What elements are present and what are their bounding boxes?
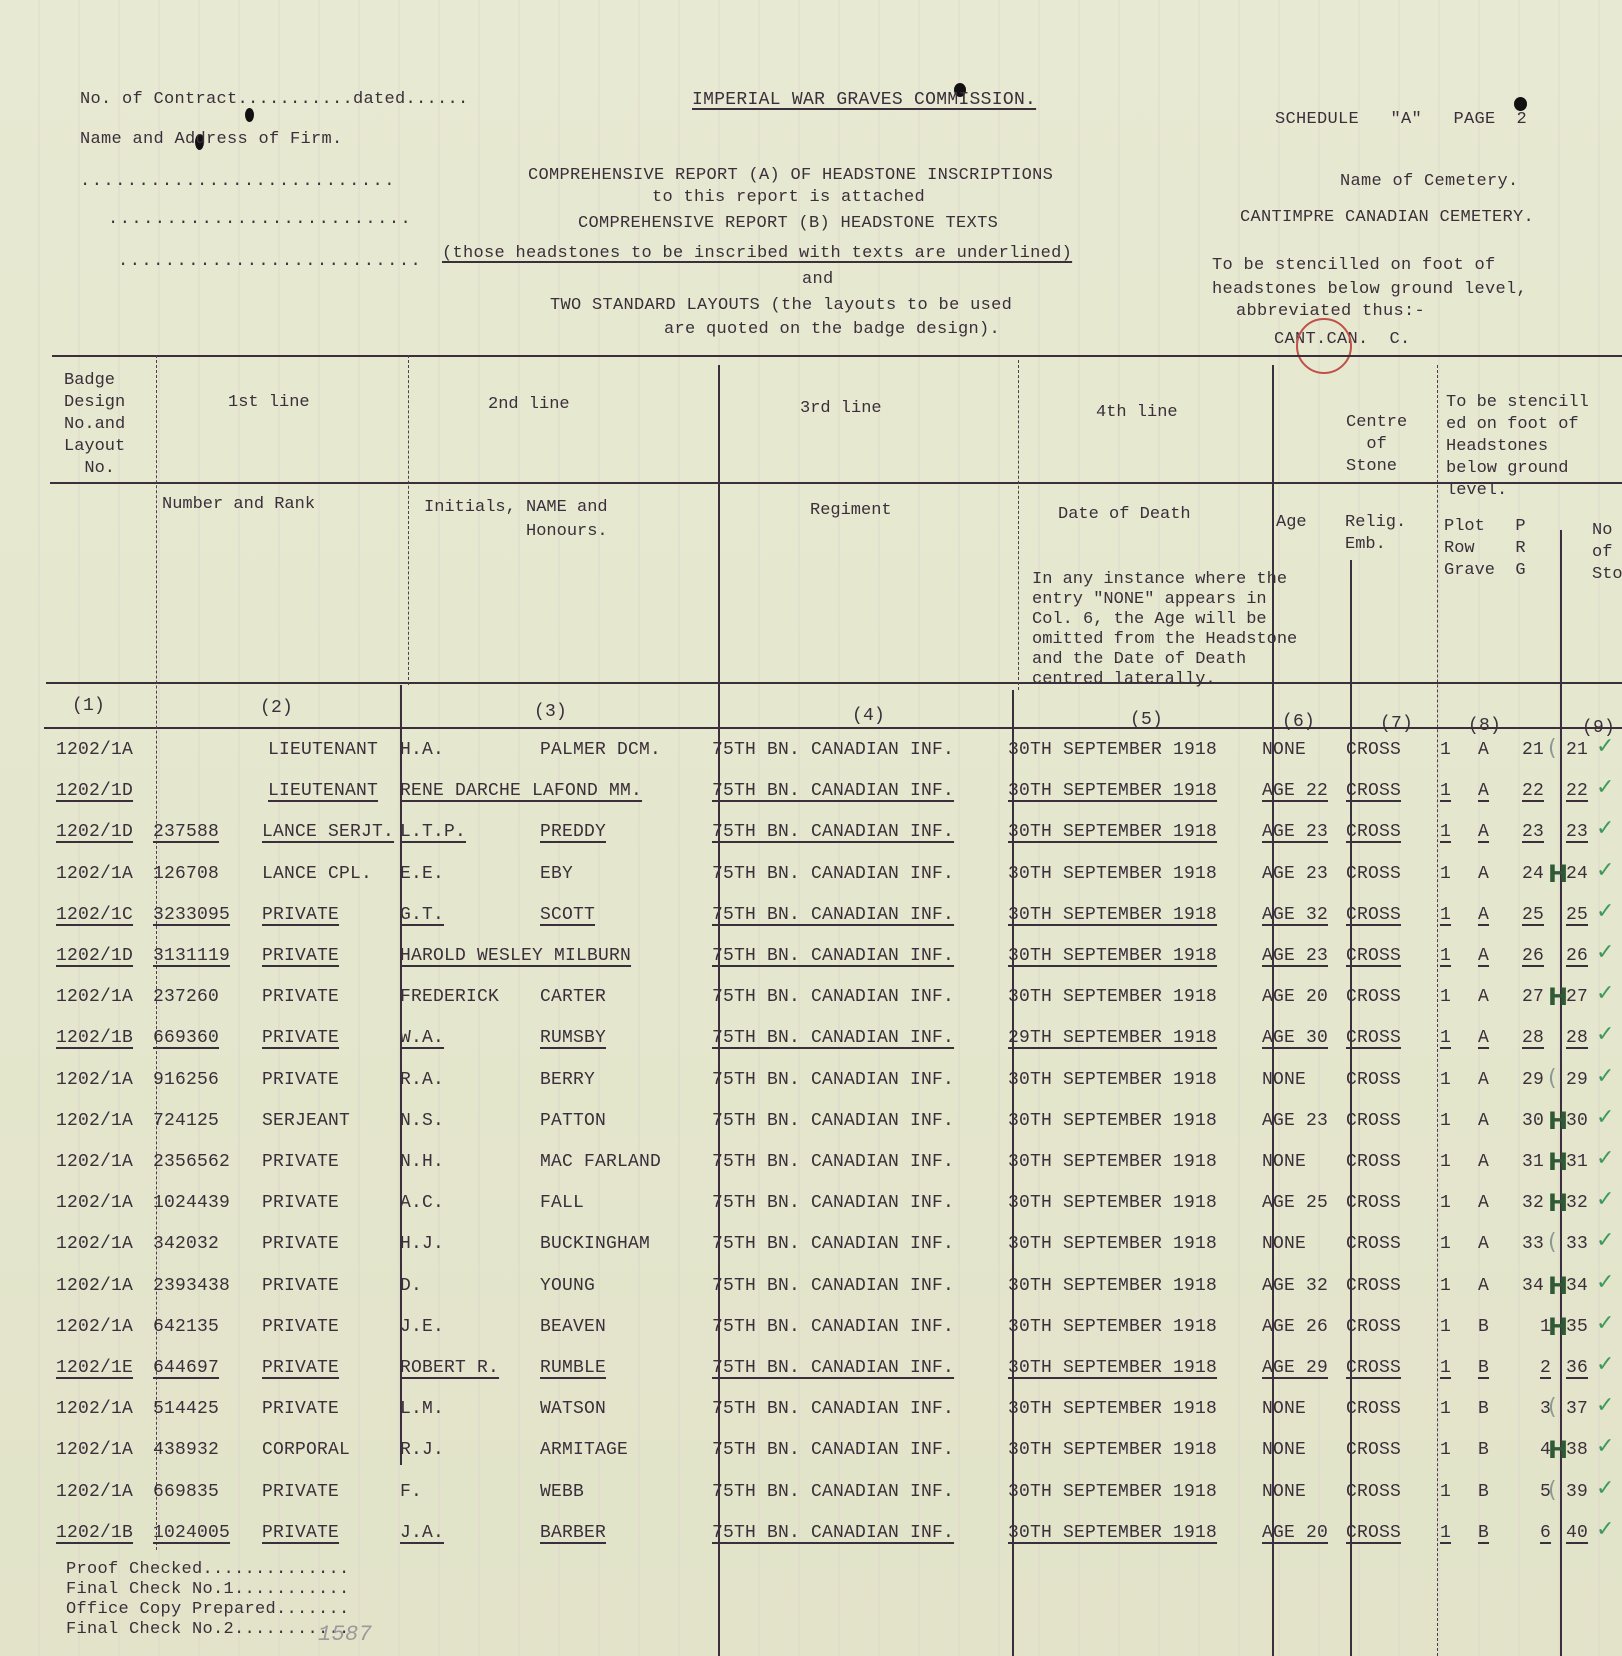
service-number: 724125 [153, 1111, 219, 1131]
rank: PRIVATE [262, 1152, 339, 1172]
religious-emblem: CROSS [1346, 1070, 1401, 1090]
plot: 1 [1440, 864, 1451, 884]
service-number: 3233095 [153, 905, 230, 925]
surname-honours: RUMBLE [540, 1358, 606, 1378]
date-of-death: 30TH SEPTEMBER 1918 [1008, 946, 1217, 966]
badge-design: 1202/1A [56, 864, 133, 884]
badge-design: 1202/1E [56, 1358, 133, 1378]
check-mark-icon: ✓ [1596, 1064, 1614, 1089]
col1-header: Badge Design No.and Layout No. [64, 370, 125, 480]
check-mark-icon: ✓ [1596, 1022, 1614, 1047]
stone-number: 26 [1566, 946, 1588, 966]
proof-checked: Proof Checked.............. [66, 1560, 350, 1579]
report-a-attached: to this report is attached [652, 188, 925, 207]
row: A [1478, 1276, 1489, 1296]
regiment: 75TH BN. CANADIAN INF. [712, 1440, 954, 1460]
age: AGE 25 [1262, 1193, 1328, 1213]
religious-emblem: CROSS [1346, 987, 1401, 1007]
col-number-2: (2) [260, 698, 293, 718]
firm-dots-3: .......................... [118, 252, 422, 271]
stone-number: 29 [1566, 1070, 1588, 1090]
plot: 1 [1440, 946, 1451, 966]
service-number: 2356562 [153, 1152, 230, 1172]
badge-design: 1202/1C [56, 905, 133, 925]
check-mark-icon: ✓ [1596, 981, 1614, 1006]
initials: J.E. [400, 1317, 444, 1337]
regiment: 75TH BN. CANADIAN INF. [712, 1028, 954, 1048]
plot: 1 [1440, 1523, 1451, 1543]
col-divider [408, 355, 409, 685]
grave: 22 [1522, 781, 1544, 801]
row: A [1478, 740, 1489, 760]
grave: 29 [1522, 1070, 1544, 1090]
col2-header: 1st line [228, 392, 310, 414]
col4-header: 3rd line [800, 398, 882, 420]
surname-honours: PREDDY [540, 822, 606, 842]
age: NONE [1262, 740, 1306, 760]
pencil-mark-annotation: ( [1548, 1478, 1557, 1503]
col5-header: 4th line [1096, 402, 1178, 424]
row: A [1478, 946, 1489, 966]
service-number: 237260 [153, 987, 219, 1007]
row: A [1478, 1152, 1489, 1172]
service-number: 2393438 [153, 1276, 230, 1296]
rank: PRIVATE [262, 1482, 339, 1502]
ink-blot [245, 108, 254, 122]
check-mark-icon: ✓ [1596, 775, 1614, 800]
plot: 1 [1440, 1317, 1451, 1337]
row: A [1478, 1070, 1489, 1090]
age: AGE 32 [1262, 905, 1328, 925]
stone-number: 27 [1566, 987, 1588, 1007]
date-of-death: 30TH SEPTEMBER 1918 [1008, 1440, 1217, 1460]
surname-honours: PALMER DCM. [540, 740, 661, 760]
row: A [1478, 822, 1489, 842]
plot: 1 [1440, 822, 1451, 842]
surname-honours: MAC FARLAND [540, 1152, 661, 1172]
grave: 23 [1522, 822, 1544, 842]
religious-emblem: CROSS [1346, 905, 1401, 925]
initials: RENE DARCHE LAFOND MM. [400, 781, 642, 801]
surname-honours: EBY [540, 864, 573, 884]
regiment: 75TH BN. CANADIAN INF. [712, 864, 954, 884]
col3-header: 2nd line [488, 394, 570, 416]
religious-emblem: CROSS [1346, 740, 1401, 760]
surname-honours: FALL [540, 1193, 584, 1213]
col-number-3: (3) [534, 702, 567, 722]
badge-design: 1202/1A [56, 1399, 133, 1419]
rank: PRIVATE [262, 1523, 339, 1543]
religious-emblem: CROSS [1346, 1482, 1401, 1502]
cemetery-label: Name of Cemetery. [1340, 172, 1519, 191]
date-of-death: 30TH SEPTEMBER 1918 [1008, 822, 1217, 842]
initials: R.J. [400, 1440, 444, 1460]
col3-subheader: Initials, NAME and Honours. [424, 496, 608, 544]
service-number: 1024439 [153, 1193, 230, 1213]
age: NONE [1262, 1152, 1306, 1172]
h-mark-annotation: H [1548, 860, 1568, 888]
date-of-death: 29TH SEPTEMBER 1918 [1008, 1028, 1217, 1048]
surname-honours: SCOTT [540, 905, 595, 925]
badge-design: 1202/1B [56, 1028, 133, 1048]
service-number: 916256 [153, 1070, 219, 1090]
check-mark-icon: ✓ [1596, 1476, 1614, 1501]
check-mark-icon: ✓ [1596, 1228, 1614, 1253]
surname-honours: RUMSBY [540, 1028, 606, 1048]
date-of-death: 30TH SEPTEMBER 1918 [1008, 1152, 1217, 1172]
surname-honours: BARBER [540, 1523, 606, 1543]
plot: 1 [1440, 1234, 1451, 1254]
badge-design: 1202/1A [56, 1317, 133, 1337]
badge-design: 1202/1A [56, 1070, 133, 1090]
col-divider [1272, 365, 1274, 1656]
age: AGE 22 [1262, 781, 1328, 801]
initials: ROBERT R. [400, 1358, 499, 1378]
regiment: 75TH BN. CANADIAN INF. [712, 1399, 954, 1419]
surname-honours: BEAVEN [540, 1317, 606, 1337]
religious-emblem: CROSS [1346, 1523, 1401, 1543]
check-mark-icon: ✓ [1596, 1270, 1614, 1295]
stone-number: 30 [1566, 1111, 1588, 1131]
stone-number: 34 [1566, 1276, 1588, 1296]
badge-design: 1202/1D [56, 781, 133, 801]
stencil-line-2: headstones below ground level, [1212, 280, 1527, 299]
layouts-line-1: TWO STANDARD LAYOUTS (the layouts to be … [550, 296, 1012, 315]
age: NONE [1262, 1440, 1306, 1460]
rule-header-bottom [46, 682, 1622, 684]
check-mark-icon: ✓ [1596, 1105, 1614, 1130]
date-of-death: 30TH SEPTEMBER 1918 [1008, 1523, 1217, 1543]
h-mark-annotation: H [1548, 983, 1568, 1011]
col8-subheader: Plot P Row R Grave G [1444, 516, 1526, 582]
check-mark-icon: ✓ [1596, 816, 1614, 841]
rank: PRIVATE [262, 1070, 339, 1090]
check-mark-icon: ✓ [1596, 1352, 1614, 1377]
rank: PRIVATE [262, 905, 339, 925]
cemetery-name: CANTIMPRE CANADIAN CEMETERY. [1240, 208, 1534, 227]
regiment: 75TH BN. CANADIAN INF. [712, 1193, 954, 1213]
h-mark-annotation: H [1548, 1189, 1568, 1217]
col9-subheader: No of Stone [1592, 520, 1622, 586]
rank: LIEUTENANT [268, 781, 378, 801]
badge-design: 1202/1D [56, 946, 133, 966]
date-of-death: 30TH SEPTEMBER 1918 [1008, 1358, 1217, 1378]
surname-honours: WATSON [540, 1399, 606, 1419]
grave: 34 [1522, 1276, 1544, 1296]
regiment: 75TH BN. CANADIAN INF. [712, 740, 954, 760]
surname-honours: BUCKINGHAM [540, 1234, 650, 1254]
col-number-5: (5) [1130, 710, 1163, 730]
grave: 2 [1540, 1358, 1551, 1378]
rank: PRIVATE [262, 1358, 339, 1378]
col-number-1: (1) [72, 696, 105, 716]
underlined-note: (those headstones to be inscribed with t… [442, 244, 1072, 263]
h-mark-annotation: H [1548, 1313, 1568, 1341]
check-mark-icon: ✓ [1596, 734, 1614, 759]
col4-subheader: Regiment [810, 500, 892, 522]
document-title: IMPERIAL WAR GRAVES COMMISSION. [692, 90, 1036, 110]
date-of-death: 30TH SEPTEMBER 1918 [1008, 1276, 1217, 1296]
religious-emblem: CROSS [1346, 1317, 1401, 1337]
col6-subheader: Age [1276, 512, 1307, 534]
rank: LANCE SERJT. [262, 822, 394, 842]
row: B [1478, 1440, 1489, 1460]
date-of-death: 30TH SEPTEMBER 1918 [1008, 1234, 1217, 1254]
check-mark-icon: ✓ [1596, 899, 1614, 924]
rank: PRIVATE [262, 1317, 339, 1337]
regiment: 75TH BN. CANADIAN INF. [712, 905, 954, 925]
check-mark-icon: ✓ [1596, 1311, 1614, 1336]
service-number: 1024005 [153, 1523, 230, 1543]
rank: PRIVATE [262, 1276, 339, 1296]
rule-top [52, 355, 1622, 357]
pencil-mark-annotation: ( [1548, 1230, 1557, 1255]
religious-emblem: CROSS [1346, 1276, 1401, 1296]
plot: 1 [1440, 1193, 1451, 1213]
final-check-2: Final Check No.2........... [66, 1620, 350, 1639]
age: NONE [1262, 1399, 1306, 1419]
plot: 1 [1440, 1276, 1451, 1296]
regiment: 75TH BN. CANADIAN INF. [712, 822, 954, 842]
age: AGE 23 [1262, 1111, 1328, 1131]
regiment: 75TH BN. CANADIAN INF. [712, 1482, 954, 1502]
plot: 1 [1440, 1152, 1451, 1172]
rank: PRIVATE [262, 946, 339, 966]
grave: 31 [1522, 1152, 1544, 1172]
age: AGE 30 [1262, 1028, 1328, 1048]
badge-design: 1202/1A [56, 1482, 133, 1502]
regiment: 75TH BN. CANADIAN INF. [712, 781, 954, 801]
row: B [1478, 1399, 1489, 1419]
age: AGE 29 [1262, 1358, 1328, 1378]
badge-design: 1202/1A [56, 1152, 133, 1172]
badge-design: 1202/1A [56, 987, 133, 1007]
religious-emblem: CROSS [1346, 1358, 1401, 1378]
initials: D. [400, 1276, 422, 1296]
grave: 30 [1522, 1111, 1544, 1131]
stone-number: 32 [1566, 1193, 1588, 1213]
age: AGE 20 [1262, 987, 1328, 1007]
plot: 1 [1440, 1028, 1451, 1048]
col2-subheader: Number and Rank [162, 494, 315, 516]
regiment: 75TH BN. CANADIAN INF. [712, 1358, 954, 1378]
age: AGE 23 [1262, 946, 1328, 966]
religious-emblem: CROSS [1346, 822, 1401, 842]
age: AGE 23 [1262, 864, 1328, 884]
col-divider [718, 365, 720, 1656]
h-mark-annotation: H [1548, 1107, 1568, 1135]
age: AGE 32 [1262, 1276, 1328, 1296]
rank: CORPORAL [262, 1440, 350, 1460]
regiment: 75TH BN. CANADIAN INF. [712, 1276, 954, 1296]
regiment: 75TH BN. CANADIAN INF. [712, 1523, 954, 1543]
religious-emblem: CROSS [1346, 1234, 1401, 1254]
and-text: and [802, 270, 834, 289]
stone-number: 22 [1566, 781, 1588, 801]
check-mark-icon: ✓ [1596, 1187, 1614, 1212]
plot: 1 [1440, 1111, 1451, 1131]
col-number-4: (4) [852, 706, 885, 726]
col-number-6: (6) [1282, 712, 1315, 732]
date-of-death: 30TH SEPTEMBER 1918 [1008, 1193, 1217, 1213]
stone-number: 36 [1566, 1358, 1588, 1378]
service-number: 514425 [153, 1399, 219, 1419]
h-mark-annotation: H [1548, 1148, 1568, 1176]
date-of-death: 30TH SEPTEMBER 1918 [1008, 1399, 1217, 1419]
badge-design: 1202/1A [56, 1234, 133, 1254]
surname-honours: YOUNG [540, 1276, 595, 1296]
check-mark-icon: ✓ [1596, 858, 1614, 883]
service-number: 3131119 [153, 946, 230, 966]
stone-number: 25 [1566, 905, 1588, 925]
ink-blot [1514, 97, 1527, 111]
schedule-page: SCHEDULE "A" PAGE 2 [1275, 110, 1527, 129]
badge-design: 1202/1D [56, 822, 133, 842]
surname-honours: BERRY [540, 1070, 595, 1090]
col7-header: Centre of Stone [1346, 412, 1407, 478]
religious-emblem: CROSS [1346, 1399, 1401, 1419]
col-number-7: (7) [1380, 714, 1413, 734]
religious-emblem: CROSS [1346, 1028, 1401, 1048]
regiment: 75TH BN. CANADIAN INF. [712, 987, 954, 1007]
religious-emblem: CROSS [1346, 781, 1401, 801]
firm-dots-2: .......................... [108, 210, 412, 229]
date-of-death: 30TH SEPTEMBER 1918 [1008, 781, 1217, 801]
red-circle-annotation [1296, 318, 1352, 374]
surname-honours: PATTON [540, 1111, 606, 1131]
religious-emblem: CROSS [1346, 1152, 1401, 1172]
initials: H.J. [400, 1234, 444, 1254]
col5-subheader: Date of Death [1058, 504, 1191, 526]
pencil-mark-annotation: ( [1548, 1395, 1557, 1420]
service-number: 126708 [153, 864, 219, 884]
initials: A.C. [400, 1193, 444, 1213]
grave: 32 [1522, 1193, 1544, 1213]
pencil-mark-annotation: ( [1548, 736, 1557, 761]
row: A [1478, 1193, 1489, 1213]
plot: 1 [1440, 1482, 1451, 1502]
regiment: 75TH BN. CANADIAN INF. [712, 946, 954, 966]
grave: 24 [1522, 864, 1544, 884]
initials: N.S. [400, 1111, 444, 1131]
plot: 1 [1440, 905, 1451, 925]
initials: HAROLD WESLEY MILBURN [400, 946, 631, 966]
h-mark-annotation: H [1548, 1272, 1568, 1300]
plot: 1 [1440, 1070, 1451, 1090]
badge-design: 1202/1A [56, 740, 133, 760]
regiment: 75TH BN. CANADIAN INF. [712, 1152, 954, 1172]
rank: LANCE CPL. [262, 864, 372, 884]
initials: G.T. [400, 905, 444, 925]
col-number-8: (8) [1468, 716, 1501, 736]
age: AGE 26 [1262, 1317, 1328, 1337]
row: A [1478, 1111, 1489, 1131]
rank: PRIVATE [262, 1028, 339, 1048]
stone-number: 38 [1566, 1440, 1588, 1460]
office-copy: Office Copy Prepared....... [66, 1600, 350, 1619]
stone-number: 33 [1566, 1234, 1588, 1254]
date-of-death: 30TH SEPTEMBER 1918 [1008, 1111, 1217, 1131]
firm-dots-1: ........................... [80, 172, 396, 191]
pencil-annotation: 1587 [318, 1622, 372, 1647]
row: A [1478, 1234, 1489, 1254]
initials: J.A. [400, 1523, 444, 1543]
contract-line: No. of Contract...........dated...... [80, 90, 469, 109]
surname-honours: ARMITAGE [540, 1440, 628, 1460]
religious-emblem: CROSS [1346, 946, 1401, 966]
surname-honours: WEBB [540, 1482, 584, 1502]
rank: PRIVATE [262, 1193, 339, 1213]
check-mark-icon: ✓ [1596, 1146, 1614, 1171]
regiment: 75TH BN. CANADIAN INF. [712, 1111, 954, 1131]
date-of-death: 30TH SEPTEMBER 1918 [1008, 987, 1217, 1007]
plot: 1 [1440, 1358, 1451, 1378]
grave: 33 [1522, 1234, 1544, 1254]
initials: F. [400, 1482, 422, 1502]
initials: H.A. [400, 740, 444, 760]
stone-number: 39 [1566, 1482, 1588, 1502]
initials: E.E. [400, 864, 444, 884]
service-number: 342032 [153, 1234, 219, 1254]
badge-design: 1202/1B [56, 1523, 133, 1543]
stone-number: 40 [1566, 1523, 1588, 1543]
date-of-death: 30TH SEPTEMBER 1918 [1008, 905, 1217, 925]
regiment: 75TH BN. CANADIAN INF. [712, 1317, 954, 1337]
rank: PRIVATE [262, 1234, 339, 1254]
row: A [1478, 987, 1489, 1007]
badge-design: 1202/1A [56, 1440, 133, 1460]
service-number: 669835 [153, 1482, 219, 1502]
row: B [1478, 1358, 1489, 1378]
service-number: 669360 [153, 1028, 219, 1048]
stencil-line-1: To be stencilled on foot of [1212, 256, 1496, 275]
age-omission-note: In any instance where the entry "NONE" a… [1032, 570, 1297, 690]
plot: 1 [1440, 987, 1451, 1007]
surname-honours: CARTER [540, 987, 606, 1007]
date-of-death: 30TH SEPTEMBER 1918 [1008, 1070, 1217, 1090]
religious-emblem: CROSS [1346, 1440, 1401, 1460]
col8-header: To be stencill ed on foot of Headstones … [1446, 392, 1589, 502]
grave: 27 [1522, 987, 1544, 1007]
initials: FREDERICK [400, 987, 499, 1007]
stone-number: 35 [1566, 1317, 1588, 1337]
col-divider [1437, 365, 1438, 1656]
pencil-mark-annotation: ( [1548, 1066, 1557, 1091]
layouts-line-2: are quoted on the badge design). [664, 320, 1000, 339]
rank: SERJEANT [262, 1111, 350, 1131]
firm-line: Name and Address of Firm. [80, 130, 343, 149]
initials: R.A. [400, 1070, 444, 1090]
age: AGE 23 [1262, 822, 1328, 842]
rank: LIEUTENANT [268, 740, 378, 760]
grave: 26 [1522, 946, 1544, 966]
service-number: 438932 [153, 1440, 219, 1460]
date-of-death: 30TH SEPTEMBER 1918 [1008, 1482, 1217, 1502]
service-number: 644697 [153, 1358, 219, 1378]
plot: 1 [1440, 740, 1451, 760]
age: AGE 20 [1262, 1523, 1328, 1543]
badge-design: 1202/1A [56, 1193, 133, 1213]
grave: 25 [1522, 905, 1544, 925]
initials: W.A. [400, 1028, 444, 1048]
age: NONE [1262, 1482, 1306, 1502]
badge-design: 1202/1A [56, 1111, 133, 1131]
col7-subheader: Relig. Emb. [1345, 512, 1406, 556]
check-mark-icon: ✓ [1596, 1393, 1614, 1418]
rank: PRIVATE [262, 1399, 339, 1419]
date-of-death: 30TH SEPTEMBER 1918 [1008, 864, 1217, 884]
row: B [1478, 1523, 1489, 1543]
